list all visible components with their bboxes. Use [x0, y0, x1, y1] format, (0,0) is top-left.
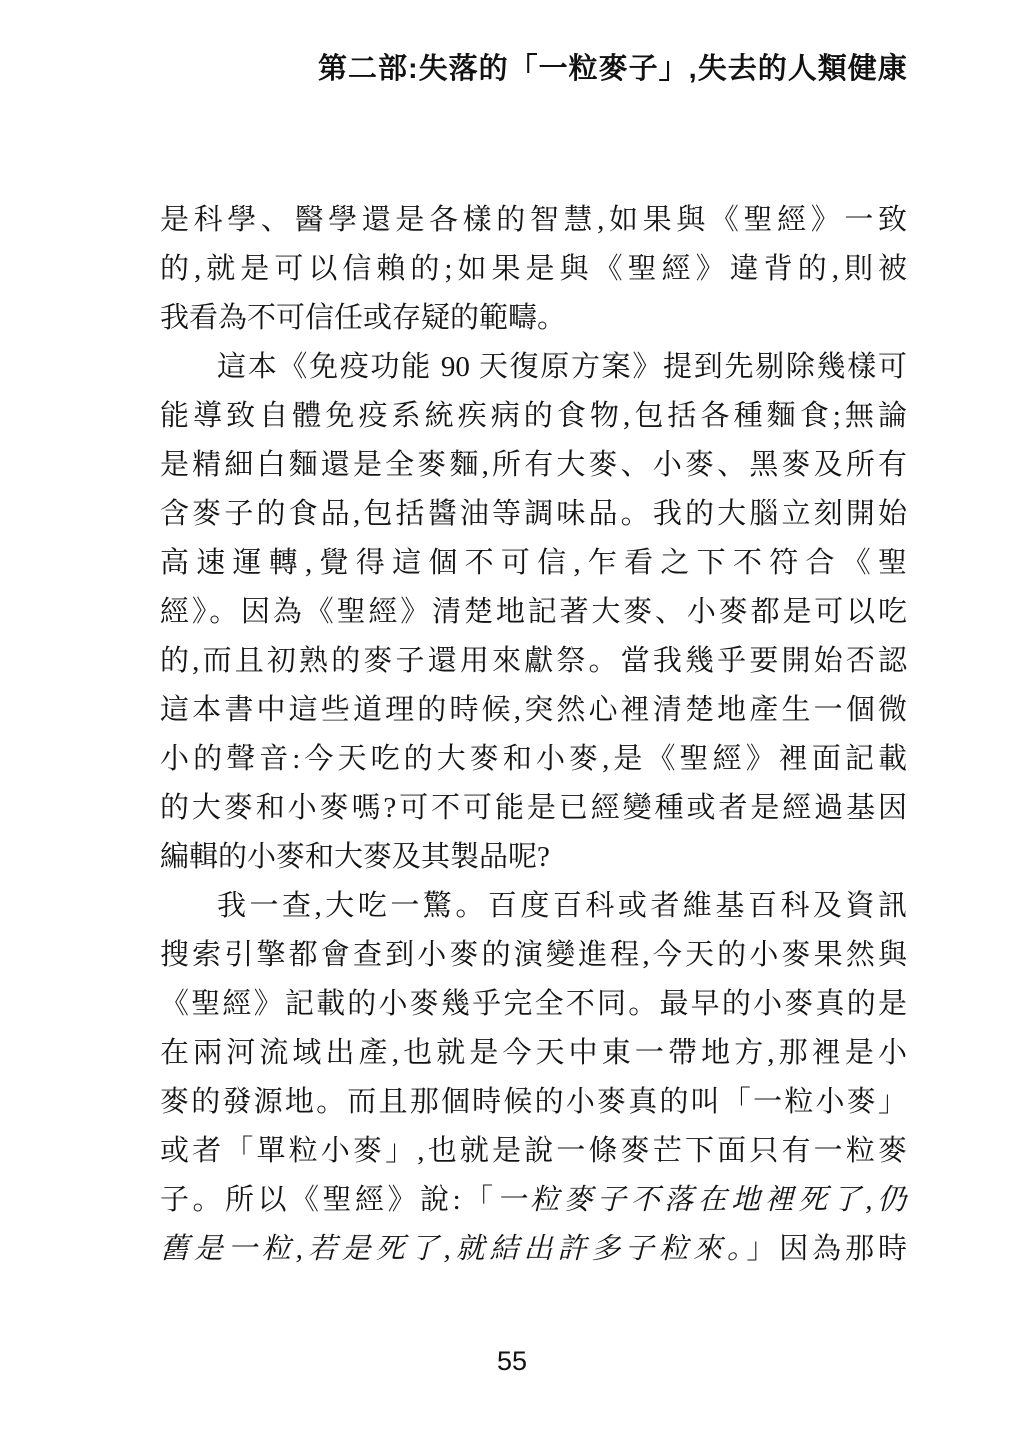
text-line: 是精細白麵還是全麥麵,所有大麥、小麥、黑麥及所有 — [160, 441, 907, 490]
body-text-segment: 搜索引擎都會查到小麥的演變進程,今天的小麥果然與 — [160, 939, 907, 971]
body-text-segment: 麥的發源地。而且那個時候的小麥真的叫「一粒小麥」 — [160, 1086, 907, 1118]
text-line: 能導致自體免疫系統疾病的食物,包括各種麵食;無論 — [160, 392, 907, 441]
body-text-segment: 在兩河流域出產,也就是今天中東一帶地方,那裡是小 — [160, 1037, 907, 1069]
body-text-segment: 高速運轉,覺得這個不可信,乍看之下不符合《聖 — [160, 547, 907, 579]
body-text-segment: 含麥子的食品,包括醬油等調味品。我的大腦立刻開始 — [160, 498, 907, 530]
body-text-segment: 《聖經》記載的小麥幾乎完全不同。最早的小麥真的是 — [160, 988, 907, 1020]
text-line: 我看為不可信任或存疑的範疇。 — [160, 294, 907, 343]
text-line: 的大麥和小麥嗎?可不可能是已經變種或者是經過基因 — [160, 784, 907, 833]
text-line: 麥的發源地。而且那個時候的小麥真的叫「一粒小麥」 — [160, 1078, 907, 1127]
text-line: 舊是一粒,若是死了,就結出許多子粒來。」因為那時 — [160, 1225, 907, 1274]
body-text-segment: 子。所以《聖經》說:「 — [160, 1184, 497, 1216]
text-line: 搜索引擎都會查到小麥的演變進程,今天的小麥果然與 — [160, 931, 907, 980]
book-page: 第二部:失落的「一粒麥子」,失去的人類健康 是科學、醫學還是各樣的智慧,如果與《… — [0, 0, 1024, 1444]
text-line: 我一查,大吃一驚。百度百科或者維基百科及資訊 — [160, 882, 907, 931]
body-text-segment: 的大麥和小麥嗎?可不可能是已經變種或者是經過基因 — [160, 792, 907, 824]
body-text-segment: 小的聲音:今天吃的大麥和小麥,是《聖經》裡面記載 — [160, 743, 907, 775]
text-line: 在兩河流域出產,也就是今天中東一帶地方,那裡是小 — [160, 1029, 907, 1078]
body-text-segment: 」因為那時 — [746, 1233, 907, 1265]
body-text-segment: 我看為不可信任或存疑的範疇。 — [160, 302, 566, 334]
body-text-segment: 的,而且初熟的麥子還用來獻祭。當我幾乎要開始否認 — [160, 645, 907, 677]
page-number: 55 — [0, 1343, 1024, 1379]
body-text-segment: 經》。因為《聖經》清楚地記著大麥、小麥都是可以吃 — [160, 596, 907, 628]
running-header: 第二部:失落的「一粒麥子」,失去的人類健康 — [318, 50, 908, 88]
text-line: 的,就是可以信賴的;如果是與《聖經》違背的,則被 — [160, 245, 907, 294]
text-line: 這本書中這些道理的時候,突然心裡清楚地產生一個微 — [160, 686, 907, 735]
body-text-block: 是科學、醫學還是各樣的智慧,如果與《聖經》一致的,就是可以信賴的;如果是與《聖經… — [160, 196, 907, 1274]
body-text-segment: 是精細白麵還是全麥麵,所有大麥、小麥、黑麥及所有 — [160, 449, 907, 481]
text-line: 《聖經》記載的小麥幾乎完全不同。最早的小麥真的是 — [160, 980, 907, 1029]
text-line: 或者「單粒小麥」,也就是說一條麥芒下面只有一粒麥 — [160, 1127, 907, 1176]
text-line: 含麥子的食品,包括醬油等調味品。我的大腦立刻開始 — [160, 490, 907, 539]
scripture-quote-text: 舊是一粒,若是死了,就結出許多子粒來。 — [160, 1233, 746, 1265]
body-text-segment: 能導致自體免疫系統疾病的食物,包括各種麵食;無論 — [160, 400, 907, 432]
body-text-segment: 這本《免疫功能 90 天復原方案》提到先剔除幾樣可 — [217, 351, 907, 383]
body-text-segment: 編輯的小麥和大麥及其製品呢? — [160, 841, 550, 873]
text-line: 這本《免疫功能 90 天復原方案》提到先剔除幾樣可 — [160, 343, 907, 392]
text-line: 編輯的小麥和大麥及其製品呢? — [160, 833, 907, 882]
body-text-segment: 或者「單粒小麥」,也就是說一條麥芒下面只有一粒麥 — [160, 1135, 907, 1167]
body-text-segment: 這本書中這些道理的時候,突然心裡清楚地產生一個微 — [160, 694, 907, 726]
scripture-quote-text: 一粒麥子不落在地裡死了,仍 — [497, 1184, 907, 1216]
text-line: 經》。因為《聖經》清楚地記著大麥、小麥都是可以吃 — [160, 588, 907, 637]
body-text-segment: 我一查,大吃一驚。百度百科或者維基百科及資訊 — [217, 890, 907, 922]
body-text-segment: 的,就是可以信賴的;如果是與《聖經》違背的,則被 — [160, 253, 907, 285]
text-line: 小的聲音:今天吃的大麥和小麥,是《聖經》裡面記載 — [160, 735, 907, 784]
text-line: 高速運轉,覺得這個不可信,乍看之下不符合《聖 — [160, 539, 907, 588]
text-line: 的,而且初熟的麥子還用來獻祭。當我幾乎要開始否認 — [160, 637, 907, 686]
text-line: 是科學、醫學還是各樣的智慧,如果與《聖經》一致 — [160, 196, 907, 245]
body-text-segment: 是科學、醫學還是各樣的智慧,如果與《聖經》一致 — [160, 204, 907, 236]
text-line: 子。所以《聖經》說:「一粒麥子不落在地裡死了,仍 — [160, 1176, 907, 1225]
